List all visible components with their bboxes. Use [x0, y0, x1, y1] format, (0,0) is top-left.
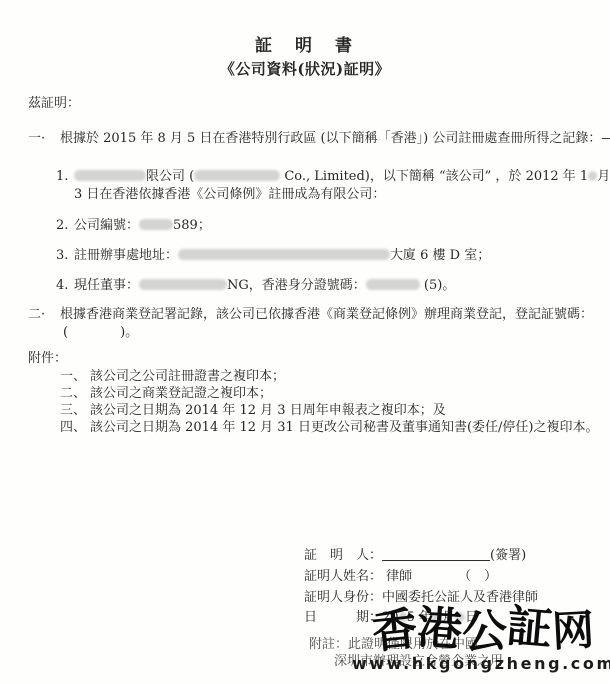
certifier-name-label: 証明人姓名：	[304, 569, 382, 584]
section1-marker: 一·	[28, 130, 45, 147]
watermark-url: www.hkgongzheng.com	[352, 654, 610, 673]
item4-text-mid: NG，香港身分證號碼：	[227, 278, 366, 293]
certifier-label: 証 明 人：	[304, 548, 382, 563]
signature-suffix: (簽署)	[490, 548, 526, 563]
item1-line1: 限公司 ( Co., Limited)，以下簡稱 “該公司” ，於 2012 年…	[74, 168, 610, 185]
attachment-row-text: 該公司之日期為 2014 年 12 月 31 日更改公司秘書及董事通知書(委任/…	[90, 419, 599, 436]
redaction	[194, 170, 280, 181]
item1-text-b: Co., Limited)，以下簡稱 “該公司” ，於 2012 年 1	[280, 169, 588, 184]
attachment-row-text: 該公司之公司註冊證書之複印本；	[90, 368, 285, 385]
item4-line: 現任董事：NG，香港身分證號碼： (5)。	[74, 277, 455, 294]
signature-blank-line	[382, 547, 490, 561]
date-year-suffix: 5 年	[407, 610, 432, 625]
item2-value-tail: 589；	[173, 218, 211, 233]
date-year-prefix: 20	[382, 610, 399, 625]
document-title: 証 明 書	[0, 38, 610, 55]
section2-text-line2: ( )。	[63, 324, 138, 341]
item4-number: 4.	[56, 277, 68, 294]
attachment-row-number: 二、	[60, 385, 86, 402]
date-month-label: 月	[442, 610, 455, 625]
redaction	[432, 612, 442, 622]
intro-line: 茲証明：	[28, 95, 80, 112]
section2-marker: 二·	[28, 306, 45, 323]
item3-number: 3.	[56, 247, 68, 264]
document-subtitle: 《公司資料(狀況)証明》	[0, 61, 610, 78]
item3-label: 註冊辦事處地址：	[74, 248, 178, 263]
date-day-label: 日	[465, 610, 478, 625]
item2-label: 公司編號：	[74, 218, 139, 233]
item2-line: 公司編號：589；	[74, 217, 211, 234]
redaction	[139, 279, 227, 290]
item4-value-tail: (5)。	[424, 278, 455, 293]
attachment-row-number: 四、	[60, 419, 86, 436]
certifier-name-row: 証明人姓名： 律師（ ）	[304, 568, 497, 585]
date-row: 日 期：205 年月日	[304, 609, 478, 626]
redaction	[178, 249, 390, 260]
item1-number: 1.	[56, 168, 68, 185]
section1-text: 根據於 2015 年 8 月 5 日在香港特別行政區 (以下簡稱「香港」) 公司…	[60, 130, 610, 147]
attachment-row-number: 三、	[60, 402, 86, 419]
date-label: 日 期：	[304, 610, 382, 625]
watermark-char: 网	[551, 605, 596, 657]
redaction	[399, 612, 407, 622]
certifier-capacity-label: 証明人身份：	[304, 590, 382, 605]
redaction	[74, 170, 146, 181]
footnote-line1: 附註：此證明僅限用於在中國	[309, 636, 478, 653]
redaction	[366, 279, 420, 290]
certifier-name-suffix: （ ）	[458, 569, 497, 584]
section2-text: 根據香港商業登記署記錄，該公司已依據香港《商業登記條例》辦理商業登記，登記証號碼…	[60, 306, 593, 323]
redaction	[139, 219, 173, 230]
certifier-capacity-row: 証明人身份：中國委托公証人及香港律師	[304, 589, 538, 606]
certifier-row: 証 明 人：(簽署)	[304, 547, 526, 564]
redaction	[588, 171, 597, 181]
item3-line: 註冊辦事處地址：大廈 6 樓 D 室；	[74, 247, 490, 264]
item1-line2: 3 日在香港依據香港《公司條例》註冊成為有限公司：	[74, 186, 385, 203]
item2-number: 2.	[56, 217, 68, 234]
redaction	[455, 612, 465, 622]
certificate-document: 証 明 書 《公司資料(狀況)証明》 茲証明： 一· 根據於 2015 年 8 …	[0, 0, 610, 684]
certifier-name-value: 律師	[386, 568, 458, 585]
attachment-row-text: 該公司之日期為 2014 年 12 月 3 日周年申報表之複印本；及	[90, 402, 446, 419]
attachments-label: 附件：	[28, 350, 67, 367]
item4-label: 現任董事：	[74, 278, 139, 293]
item1-text-c: 月	[597, 169, 610, 184]
attachment-row-number: 一、	[60, 368, 86, 385]
certifier-capacity-value: 中國委托公証人及香港律師	[382, 590, 538, 605]
attachment-row-text: 該公司之商業登記證之複印本；	[90, 385, 272, 402]
item1-text-a: 限公司 (	[146, 169, 194, 184]
watermark-char: 証	[505, 601, 554, 655]
item3-value-tail: 大廈 6 樓 D 室；	[390, 248, 490, 263]
